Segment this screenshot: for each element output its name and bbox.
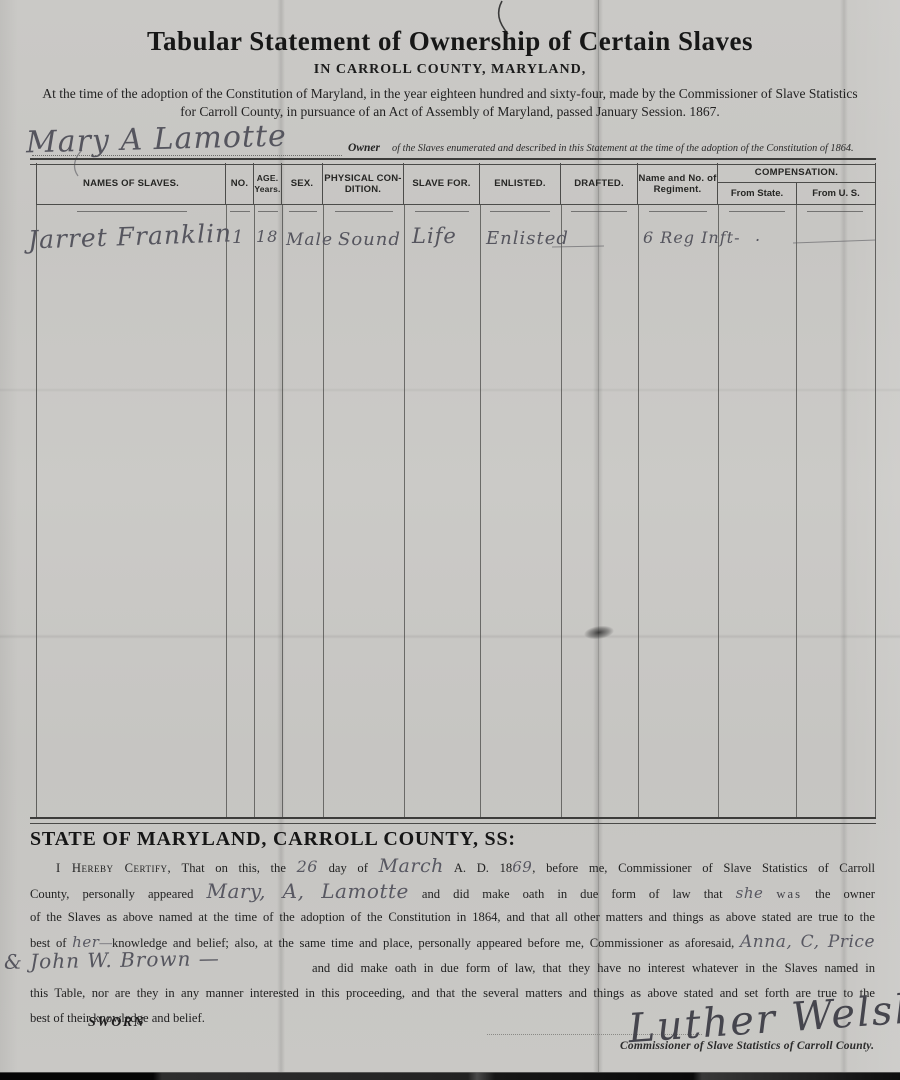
row-slave-for-handwritten: Life: [412, 224, 457, 248]
intro-paragraph-line-1: At the time of the adoption of the Const…: [28, 86, 872, 102]
entry-dash: [258, 211, 278, 212]
cert-appeared-name-handwritten: Mary, A, Lamotte: [206, 879, 408, 903]
row-from-state-mark: .: [755, 226, 761, 245]
entry-dash: [289, 211, 317, 212]
column-header-sex: SEX.: [281, 163, 322, 205]
column-rule: [404, 205, 405, 817]
entry-dash: [649, 211, 707, 212]
cert-pronoun-handwritten: she: [736, 884, 764, 902]
column-header-compensation-group: COMPENSATION. From State. From U. S.: [717, 163, 876, 205]
column-header-enlisted-label: ENLISTED.: [494, 178, 545, 189]
column-header-from-state: From State.: [718, 183, 797, 205]
row-no-handwritten: 1: [232, 227, 244, 248]
column-rule: [480, 205, 481, 817]
column-header-regiment: Name and No. of Regiment.: [637, 163, 717, 205]
cert-line-3: of the Slaves as above named at the time…: [30, 905, 875, 930]
entry-dash: [230, 211, 250, 212]
cert-day-handwritten: 26: [297, 857, 318, 876]
column-rule: [638, 205, 639, 817]
column-rule: [226, 205, 227, 817]
scan-edge-strip: [0, 1072, 900, 1080]
column-header-names: NAMES OF SLAVES.: [36, 163, 225, 205]
column-header-drafted-label: DRAFTED.: [574, 178, 624, 189]
cert-line-1: I Hereby Certify, That on this, the 26 d…: [30, 854, 875, 879]
cert-witness1-handwritten: Anna, C, Price: [740, 932, 875, 952]
cert-line1-text2: day of: [329, 861, 368, 875]
column-rule: [561, 205, 562, 817]
column-rule: [282, 205, 283, 817]
column-header-age: AGE. Years.: [253, 163, 281, 205]
entry-dash: [807, 211, 863, 212]
column-header-enlisted: ENLISTED.: [479, 163, 560, 205]
column-header-physical-line2: DITION.: [345, 184, 381, 195]
signature-caption: Commissioner of Slave Statistics of Carr…: [620, 1040, 874, 1052]
entry-dash: [415, 211, 469, 212]
column-header-sex-label: SEX.: [291, 178, 313, 189]
column-header-compensation: COMPENSATION.: [718, 163, 875, 183]
cert-witness2-handwritten: & John W. Brown —: [4, 946, 220, 974]
column-rule: [718, 205, 719, 817]
column-header-regiment-line2: Regiment.: [654, 184, 702, 195]
entry-dash: [729, 211, 785, 212]
owner-label: Owner: [348, 142, 380, 154]
row-sex-handwritten: Male: [286, 230, 333, 250]
column-header-no-label: NO.: [231, 178, 249, 189]
certification-heading: STATE OF MARYLAND, CARROLL COUNTY, SS:: [30, 828, 516, 851]
column-header-slave-for-label: SLAVE FOR.: [412, 178, 470, 189]
cert-year-handwritten: 69: [512, 858, 532, 876]
document-title: Tabular Statement of Ownership of Certai…: [0, 26, 900, 57]
row-regiment-handwritten: 6 Reg Inft-: [643, 228, 741, 247]
column-header-physical-line1: PHYSICAL CON-: [324, 173, 401, 184]
cert-line2-text3: the owner: [815, 887, 875, 901]
entry-dash: [490, 211, 550, 212]
cert-line1-text3: A. D. 18: [454, 861, 512, 875]
entry-dash: [571, 211, 627, 212]
column-header-drafted: DRAFTED.: [560, 163, 637, 205]
compensation-subheaders: From State. From U. S.: [718, 183, 875, 205]
table-body: [36, 205, 876, 817]
row-age-handwritten: 18: [256, 227, 278, 246]
column-rule: [796, 205, 797, 817]
cert-month-handwritten: March: [379, 855, 444, 877]
cert-line2-text1: County, personally appeared: [30, 887, 193, 901]
cert-line2-text2: and did make oath in due form of law tha…: [422, 887, 723, 901]
table-bottom-rule: [30, 817, 876, 824]
column-header-age-line1: AGE.: [257, 173, 279, 184]
column-header-from-us: From U. S.: [797, 183, 875, 205]
cert-line-2: County, personally appeared Mary, A, Lam…: [30, 879, 875, 904]
owner-descriptor-text: of the Slaves enumerated and described i…: [392, 143, 874, 154]
sworn-label: SWORN: [88, 1015, 145, 1031]
column-header-age-line2: Years.: [254, 184, 280, 195]
column-header-no: NO.: [225, 163, 253, 205]
document-subtitle: IN CARROLL COUNTY, MARYLAND,: [0, 62, 900, 78]
cert-certify-phrase: I Hereby Certify,: [56, 861, 171, 875]
cert-was-word: was: [776, 887, 802, 901]
intro-paragraph-line-2: for Carroll County, in pursuance of an A…: [28, 104, 872, 120]
cert-line1-text1: That on this, the: [182, 861, 286, 875]
owner-name-underline: [32, 155, 342, 156]
table-header-row: NAMES OF SLAVES. NO. AGE. Years. SEX. PH…: [36, 163, 876, 205]
column-header-slave-for: SLAVE FOR.: [403, 163, 479, 205]
cert-line1-text4: , before me, Commissioner of Slave Stati…: [532, 861, 875, 875]
column-header-regiment-line1: Name and No. of: [639, 173, 717, 184]
column-rule: [254, 205, 255, 817]
slave-statement-table: NAMES OF SLAVES. NO. AGE. Years. SEX. PH…: [36, 163, 876, 817]
column-header-names-label: NAMES OF SLAVES.: [83, 178, 179, 189]
entry-dash: [335, 211, 393, 212]
row-physical-handwritten: Sound: [338, 229, 401, 250]
column-header-physical: PHYSICAL CON- DITION.: [322, 163, 403, 205]
scanned-document-page: Tabular Statement of Ownership of Certai…: [0, 0, 900, 1080]
cert-line5-text: and did make oath in due form of law, th…: [312, 956, 875, 981]
column-rule: [323, 205, 324, 817]
entry-dash: [77, 211, 187, 212]
